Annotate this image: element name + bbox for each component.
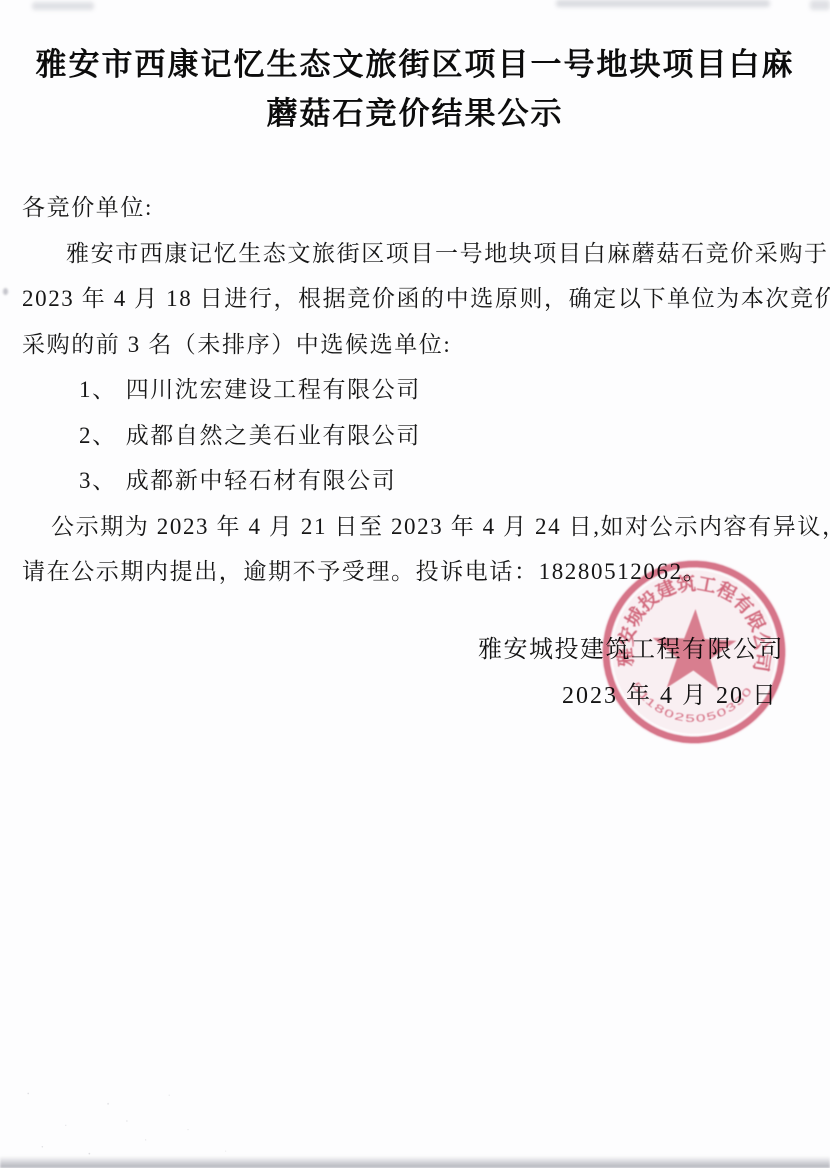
company-seal-stamp: 雅安城投建筑工程有限公司 5118025050330 [596,554,793,751]
candidate-number: 3、 [79,468,117,493]
paragraph1-line3: 采购的前 3 名（未排序）中选候选单位: [22,322,814,368]
document-title-line1: 雅安市西康记忆生态文旅街区项目一号地块项目白麻 [0,40,830,89]
candidate-number: 2、 [79,423,117,448]
document-title: 雅安市西康记忆生态文旅街区项目一号地块项目白麻 蘑菇石竞价结果公示 [0,40,830,138]
scan-edge-bottom [0,1156,830,1168]
paragraph1-line2: 2023 年 4 月 18 日进行，根据竞价函的中选原则，确定以下单位为本次竞价 [22,276,814,322]
scan-speck-left-margin [3,288,8,295]
scan-smudge-top-center [556,0,770,7]
scan-smudge-top-right [810,0,830,10]
candidate-company-name: 四川沈宏建设工程有限公司 [126,377,421,402]
document-body: 各竞价单位: 雅安市西康记忆生态文旅街区项目一号地块项目白麻蘑菇石竞价采购于 2… [22,185,814,595]
scan-noise-bottom-left [0,1078,470,1164]
candidate-list-item: 3、成都新中轻石材有限公司 [22,458,814,504]
candidate-company-name: 成都自然之美石业有限公司 [126,423,421,448]
salutation: 各竞价单位: [22,185,814,231]
scan-smudge-top-left [32,2,94,10]
paragraph2-line1: 公示期为 2023 年 4 月 21 日至 2023 年 4 月 24 日,如对… [22,504,814,550]
seal-graphic: 雅安城投建筑工程有限公司 5118025050330 [596,554,793,751]
scanned-document-page: 雅安市西康记忆生态文旅街区项目一号地块项目白麻 蘑菇石竞价结果公示 各竞价单位:… [0,0,830,1168]
paragraph1-line1: 雅安市西康记忆生态文旅街区项目一号地块项目白麻蘑菇石竞价采购于 [22,231,814,277]
candidate-list-item: 1、四川沈宏建设工程有限公司 [22,367,814,413]
candidate-company-name: 成都新中轻石材有限公司 [126,468,397,493]
candidate-number: 1、 [79,377,117,402]
candidate-list-item: 2、成都自然之美石业有限公司 [22,413,814,459]
document-title-line2: 蘑菇石竞价结果公示 [0,89,830,138]
